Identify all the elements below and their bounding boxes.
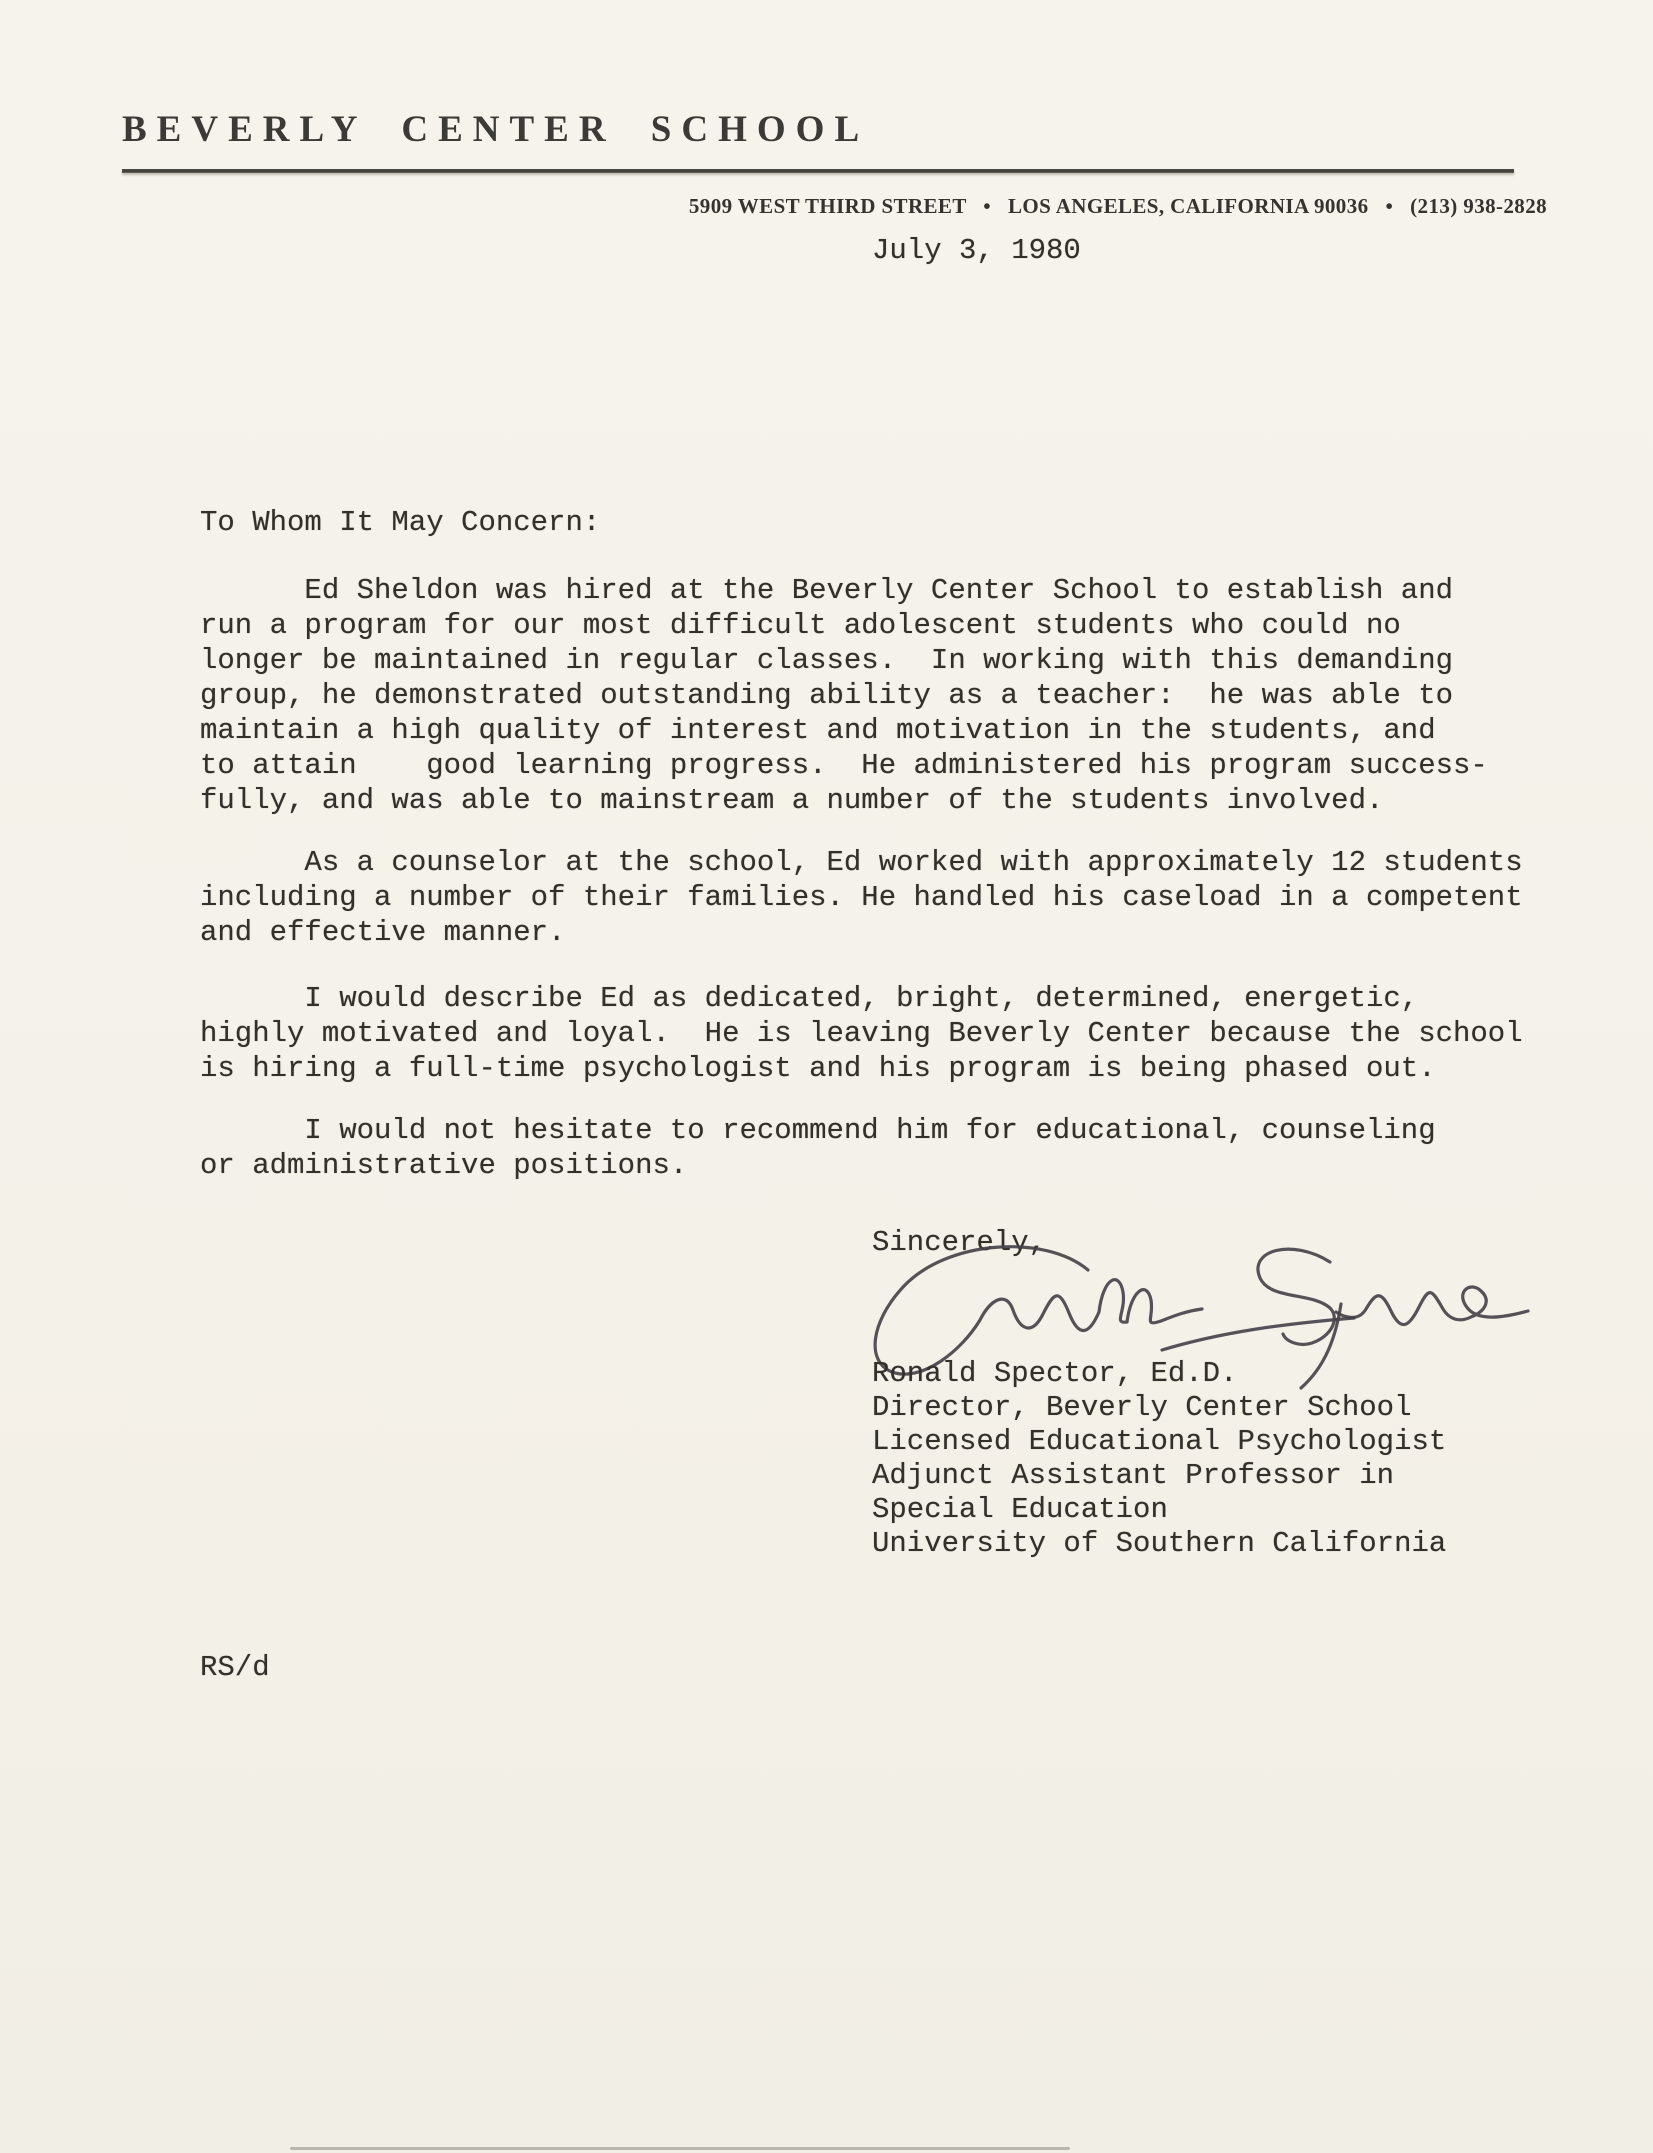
- scan-edge-artifact: [290, 2147, 1070, 2150]
- letter-salutation: To Whom It May Concern:: [200, 505, 600, 540]
- reference-initials: RS/d: [200, 1650, 270, 1685]
- letter-paragraph-4: I would not hesitate to recommend him fo…: [200, 1113, 1436, 1183]
- letter-date: July 3, 1980: [872, 233, 1081, 268]
- letter-paragraph-3: I would describe Ed as dedicated, bright…: [200, 981, 1523, 1086]
- letterhead-address-line: 5909 WEST THIRD STREET • LOS ANGELES, CA…: [689, 194, 1547, 219]
- document-page: BEVERLY CENTER SCHOOL 5909 WEST THIRD ST…: [0, 0, 1653, 2153]
- letterhead-school-name: BEVERLY CENTER SCHOOL: [122, 108, 869, 151]
- letter-paragraph-2: As a counselor at the school, Ed worked …: [200, 845, 1523, 950]
- signature-block: Ronald Spector, Ed.D. Director, Beverly …: [872, 1357, 1446, 1561]
- letterhead-rule: [122, 169, 1514, 173]
- letter-paragraph-1: Ed Sheldon was hired at the Beverly Cent…: [200, 573, 1488, 818]
